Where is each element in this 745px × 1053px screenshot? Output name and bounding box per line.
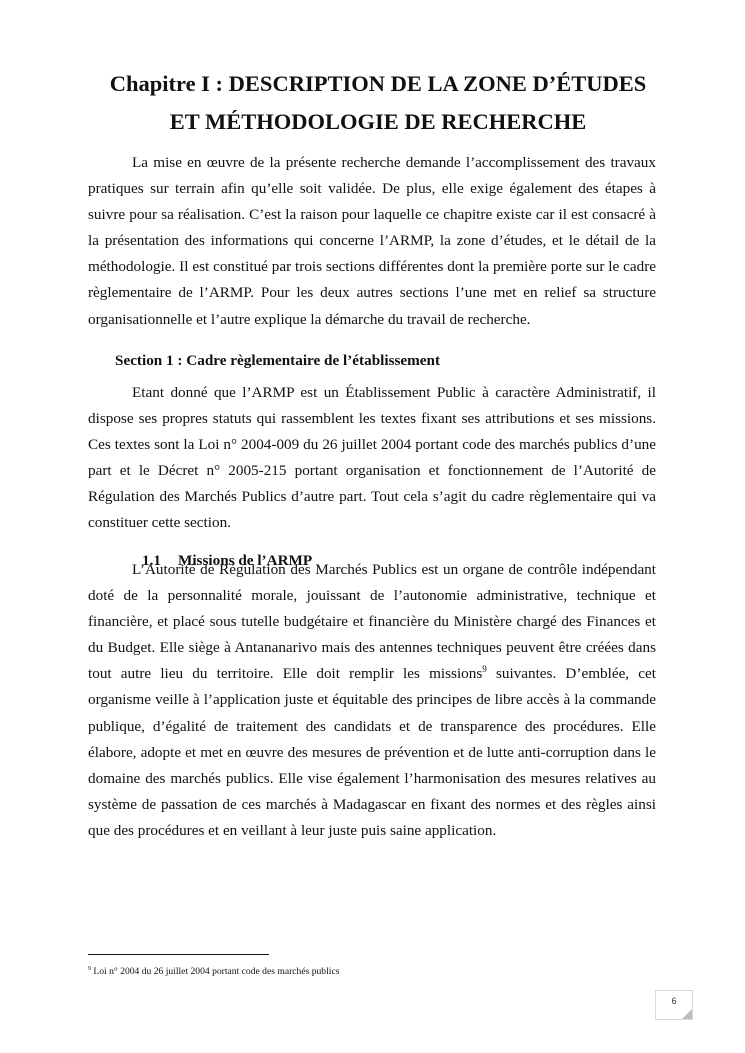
intro-paragraph-text: La mise en œuvre de la présente recherch… <box>88 150 656 333</box>
section-1-paragraph: Etant donné que l’ARMP est un Établissem… <box>88 380 656 537</box>
page-curl-icon <box>682 1009 692 1019</box>
chapter-title-line-1: Chapitre I : DESCRIPTION DE LA ZONE D’ÉT… <box>88 66 668 102</box>
intro-paragraph: La mise en œuvre de la présente recherch… <box>88 150 656 333</box>
page-number: 6 <box>656 996 692 1006</box>
page-number-box: 6 <box>655 990 693 1020</box>
footnote-separator <box>88 954 269 955</box>
section-1-paragraph-text: Etant donné que l’ARMP est un Établissem… <box>88 380 656 537</box>
footnote: 9 Loi n° 2004 du 26 juillet 2004 portant… <box>88 966 339 977</box>
document-page: Chapitre I : DESCRIPTION DE LA ZONE D’ÉT… <box>0 0 745 1053</box>
section-1-heading: Section 1 : Cadre règlementaire de l’éta… <box>115 348 440 374</box>
chapter-title-line-2: ET MÉTHODOLOGIE DE RECHERCHE <box>88 104 668 140</box>
subsection-1-1-paragraph-text: L’Autorité de Régulation des Marchés Pub… <box>88 557 656 844</box>
subsection-1-1-paragraph: L’Autorité de Régulation des Marchés Pub… <box>88 557 656 844</box>
footnote-text: Loi n° 2004 du 26 juillet 2004 portant c… <box>91 966 339 977</box>
